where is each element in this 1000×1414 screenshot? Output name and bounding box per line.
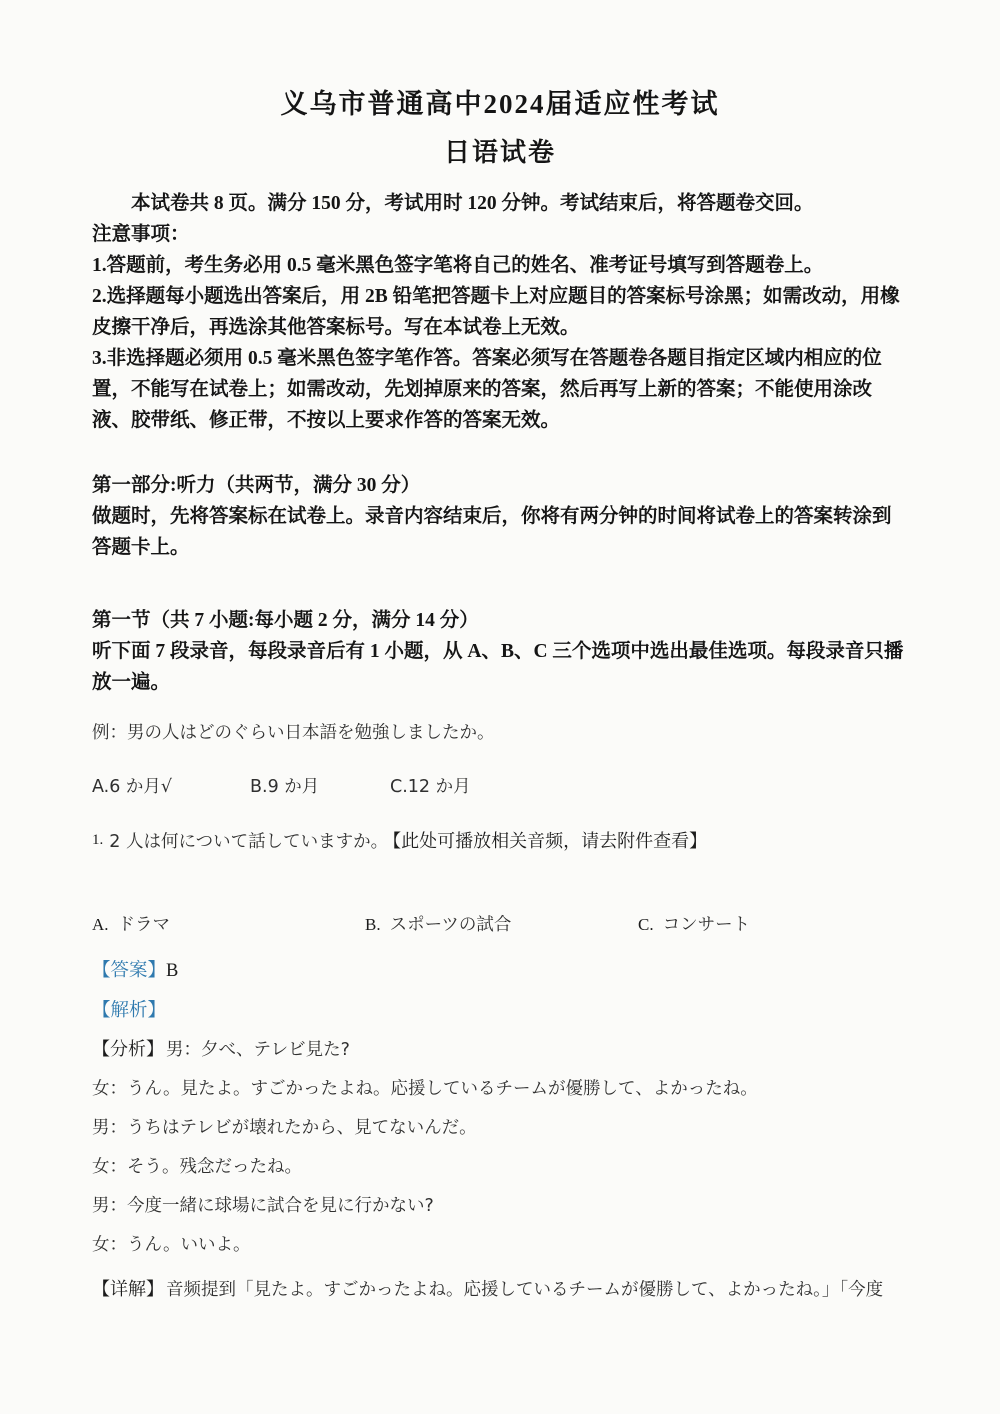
notice-item-2: 2.选择题每小题选出答案后，用 2B 铅笔把答题卡上对应题目的答案标号涂黑；如需… — [92, 281, 908, 343]
option-b-letter: B. — [365, 912, 381, 938]
answer-value: B — [166, 961, 178, 981]
part1-heading: 第一部分:听力（共两节，满分 30 分） — [92, 470, 908, 501]
notice-item-3: 3.非选择题必须用 0.5 毫米黑色签字笔作答。答案必须写在答题卷各题目指定区域… — [92, 343, 908, 436]
dialogue-line-5: 男：今度一緒に球場に試合を見に行かない? — [92, 1193, 908, 1219]
question-1-audio-note: 【此处可播放相关音频，请去附件查看】 — [392, 831, 707, 851]
section1-heading: 第一节（共 7 小题:每小题 2 分，满分 14 分） — [92, 605, 908, 636]
part1-instruction: 做题时，先将答案标在试卷上。录音内容结束后，你将有两分钟的时间将试卷上的答案转涂… — [92, 501, 908, 563]
breakdown-label: 【分析】 — [92, 1039, 164, 1059]
question-1-text: 2 人は何について話していますか。 — [109, 832, 388, 852]
notice-title: 注意事项： — [92, 219, 908, 250]
question-1-number: 1. — [92, 832, 103, 848]
exam-summary: 本试卷共 8 页。满分 150 分，考试用时 120 分钟。考试结束后，将答题卷… — [92, 188, 908, 219]
question-1-option-a: A.ドラマ — [92, 912, 365, 938]
dialogue-line-2: 女：うん。見たよ。すごかったよね。応援しているチームが優勝して、よかったね。 — [92, 1076, 908, 1102]
breakdown-line: 【分析】男：夕べ、テレビ見た? — [92, 1036, 908, 1063]
analysis-label: 【解析】 — [92, 1001, 166, 1021]
answer-line: 【答案】B — [92, 958, 908, 984]
page-subtitle: 日语试卷 — [92, 136, 908, 170]
question-1-options-row: A.ドラマ B.スポーツの試合 C.コンサート — [92, 912, 908, 938]
option-a-text: ドラマ — [118, 912, 171, 938]
detail-text: 音频提到「見たよ。すごかったよね。応援しているチームが優勝して、よかったね。」「… — [166, 1280, 883, 1300]
option-c-letter: C. — [638, 912, 654, 938]
example-options-row: A.6 か月√ B.9 か月 C.12 か月 — [92, 774, 908, 800]
analysis-line: 【解析】 — [92, 998, 908, 1024]
example-option-a: A.6 か月√ — [92, 774, 250, 800]
exam-paper-page: 义乌市普通高中2024届适应性考试 日语试卷 本试卷共 8 页。满分 150 分… — [0, 0, 1000, 1414]
answer-label: 【答案】 — [92, 961, 166, 981]
question-1: 1.2 人は何について話していますか。【此处可播放相关音频，请去附件查看】 — [92, 828, 908, 856]
dialogue-line-4: 女：そう。残念だったね。 — [92, 1154, 908, 1180]
example-prompt: 例：男の人はどのぐらい日本語を勉強しましたか。 — [92, 720, 908, 746]
question-1-option-b: B.スポーツの試合 — [365, 912, 638, 938]
option-c-text: コンサート — [663, 912, 751, 938]
dialogue-line-1: 男：夕べ、テレビ見た? — [166, 1040, 350, 1060]
notice-item-1: 1.答题前，考生务必用 0.5 毫米黑色签字笔将自己的姓名、准考证号填写到答题卷… — [92, 250, 908, 281]
detail-line: 【详解】音频提到「見たよ。すごかったよね。応援しているチームが優勝して、よかった… — [92, 1276, 908, 1303]
dialogue-line-6: 女：うん。いいよ。 — [92, 1232, 908, 1258]
detail-label: 【详解】 — [92, 1279, 164, 1299]
example-option-b: B.9 か月 — [250, 774, 390, 800]
dialogue-line-3: 男：うちはテレビが壊れたから、見てないんだ。 — [92, 1115, 908, 1141]
example-option-c: C.12 か月 — [390, 774, 471, 800]
page-title: 义乌市普通高中2024届适应性考试 — [92, 86, 908, 122]
question-1-option-c: C.コンサート — [638, 912, 750, 938]
section1-instruction: 听下面 7 段录音，每段录音后有 1 小题，从 A、B、C 三个选项中选出最佳选… — [92, 636, 908, 698]
option-a-letter: A. — [92, 912, 109, 938]
option-b-text: スポーツの試合 — [390, 912, 512, 938]
